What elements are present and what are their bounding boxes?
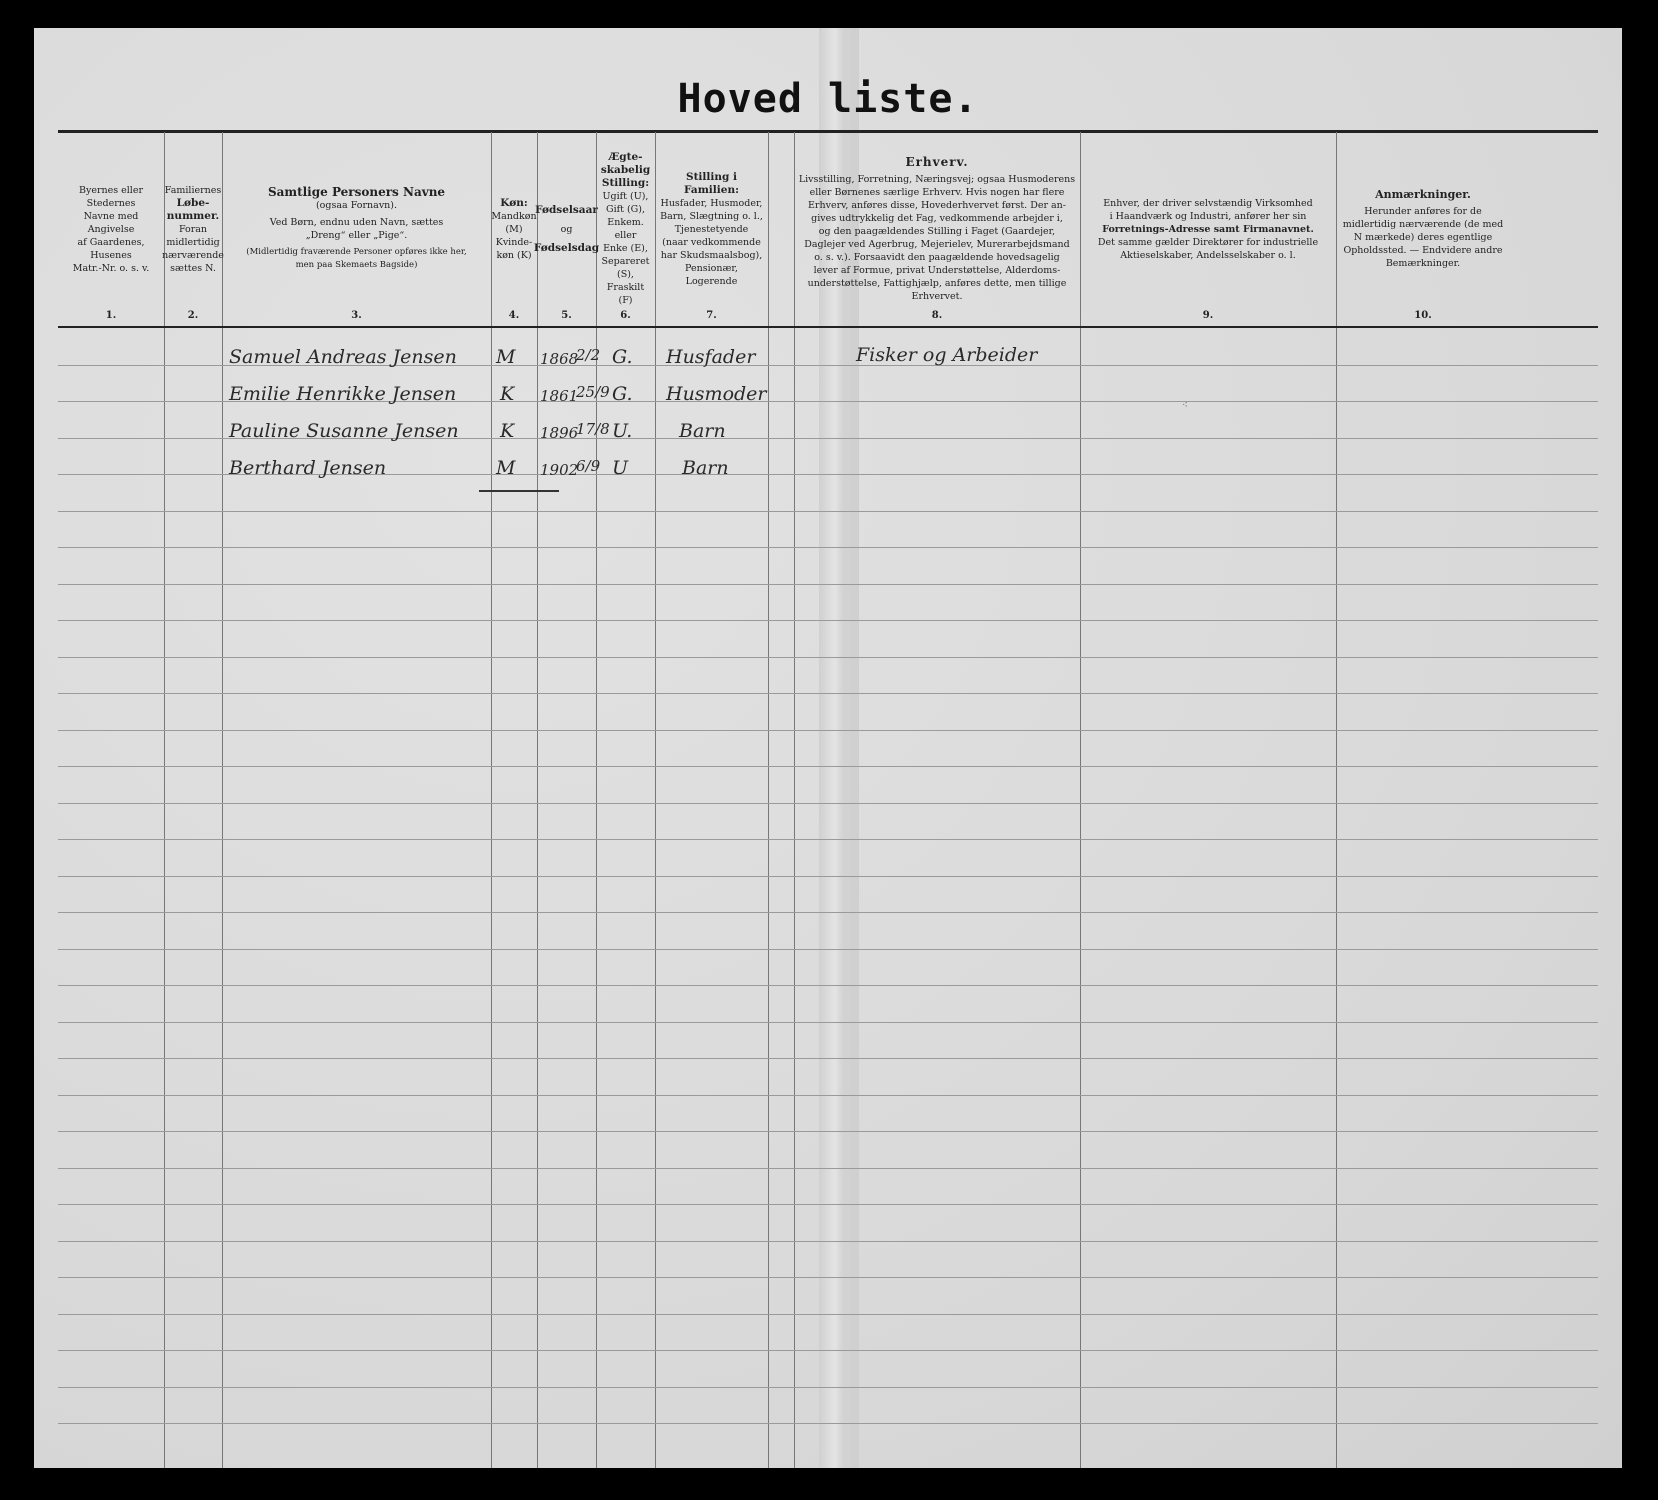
row-rule (58, 547, 1598, 548)
header-col-3: Samtlige Personers Navne (ogsaa Fornavn)… (222, 134, 491, 324)
column-number: 8. (794, 310, 1080, 321)
entry-sex: K (500, 420, 514, 442)
row-rule (58, 1387, 1598, 1388)
row-rule (58, 511, 1598, 512)
column-number: 3. (222, 310, 491, 321)
column-divider (596, 132, 597, 1468)
entry-family-role: Barn (682, 457, 729, 479)
row-rule (58, 912, 1598, 913)
entry-birth-year: 1896 (540, 424, 578, 442)
row-rule (58, 1350, 1598, 1351)
entry-name: Berthard Jensen (229, 457, 386, 479)
column-divider (491, 132, 492, 1468)
header-col-5: Fødselsaar og Fødselsdag (537, 134, 596, 324)
entry-birth-day: 2/2 (576, 346, 600, 364)
row-rule (58, 985, 1598, 986)
header-col-4: Køn: Mandkøn (M) Kvinde- køn (K) (491, 134, 537, 324)
entry-sex: M (496, 457, 515, 479)
entry-occupation: Fisker og Arbeider (856, 344, 1037, 366)
row-rule (58, 1131, 1598, 1132)
column-divider (768, 132, 769, 1468)
column-number: 4. (491, 310, 537, 321)
census-form-page: Hoved liste. Byernes eller Stedernes Nav… (34, 28, 1622, 1468)
row-rule (58, 803, 1598, 804)
entry-family-role: Barn (679, 420, 726, 442)
column-number: 2. (164, 310, 222, 321)
row-rule (58, 1058, 1598, 1059)
row-rule (58, 730, 1598, 731)
entry-birth-day: 6/9 (576, 457, 600, 475)
column-divider (1080, 132, 1081, 1468)
row-rule (58, 1168, 1598, 1169)
column-number: 7. (655, 310, 768, 321)
entry-birth-year: 1902 (540, 461, 578, 479)
row-rule (58, 1314, 1598, 1315)
column-divider (537, 132, 538, 1468)
entry-sex: K (500, 383, 514, 405)
entry-birth-day: 25/9 (576, 383, 610, 401)
column-divider (655, 132, 656, 1468)
entry-marital: U. (612, 420, 632, 442)
row-rule (58, 657, 1598, 658)
column-number: 5. (537, 310, 596, 321)
entry-name: Samuel Andreas Jensen (229, 346, 457, 368)
row-rule (58, 1423, 1598, 1424)
header-col-7: Stilling i Familien: Husfader, Husmoder,… (655, 134, 768, 324)
column-number: 6. (596, 310, 655, 321)
entry-birth-year: 1861 (540, 387, 578, 405)
header-col-6: Ægte- skabelig Stilling: Ugift (U), Gift… (596, 134, 655, 324)
row-rule (58, 620, 1598, 621)
column-divider (164, 132, 165, 1468)
row-rule (58, 1204, 1598, 1205)
page-title: Hoved liste. (34, 76, 1622, 122)
column-number: 10. (1336, 310, 1510, 321)
entry-birth-day: 17/8 (576, 420, 610, 438)
column-number: 9. (1080, 310, 1336, 321)
row-rule (58, 949, 1598, 950)
row-rule (58, 766, 1598, 767)
column-divider (1336, 132, 1337, 1468)
row-rule (58, 1095, 1598, 1096)
row-rule (58, 876, 1598, 877)
entry-marital: U (612, 457, 628, 479)
row-rule (58, 1277, 1598, 1278)
entry-birth-year: 1868 (540, 350, 578, 368)
header-col-1: Byernes eller Stedernes Navne med Angive… (58, 134, 164, 324)
row-rule (58, 693, 1598, 694)
column-number: 1. (58, 310, 164, 321)
header-col-2: Familiernes Løbe- nummer. Foran midlerti… (164, 134, 222, 324)
header-bottom-rule (58, 326, 1598, 328)
row-rule (58, 839, 1598, 840)
entry-name: Emilie Henrikke Jensen (229, 383, 456, 405)
header-col-10: Anmærkninger. Herunder anføres for de mi… (1336, 134, 1510, 324)
header-col-8: Erhverv. Livsstilling, Forretning, Nærin… (794, 134, 1080, 324)
header-col-9: Enhver, der driver selvstændig Virksomhe… (1080, 134, 1336, 324)
column-divider (794, 132, 795, 1468)
ink-specks: ⁖ (1182, 400, 1188, 411)
household-end-mark (479, 490, 559, 492)
row-rule (58, 1241, 1598, 1242)
header-top-rule (58, 130, 1598, 133)
entry-marital: G. (612, 346, 633, 368)
column-divider (222, 132, 223, 1468)
entry-family-role: Husfader (666, 346, 755, 368)
entry-marital: G. (612, 383, 633, 405)
entry-family-role: Husmoder (666, 383, 767, 405)
row-rule (58, 584, 1598, 585)
row-rule (58, 1022, 1598, 1023)
entry-name: Pauline Susanne Jensen (229, 420, 459, 442)
entry-sex: M (496, 346, 515, 368)
